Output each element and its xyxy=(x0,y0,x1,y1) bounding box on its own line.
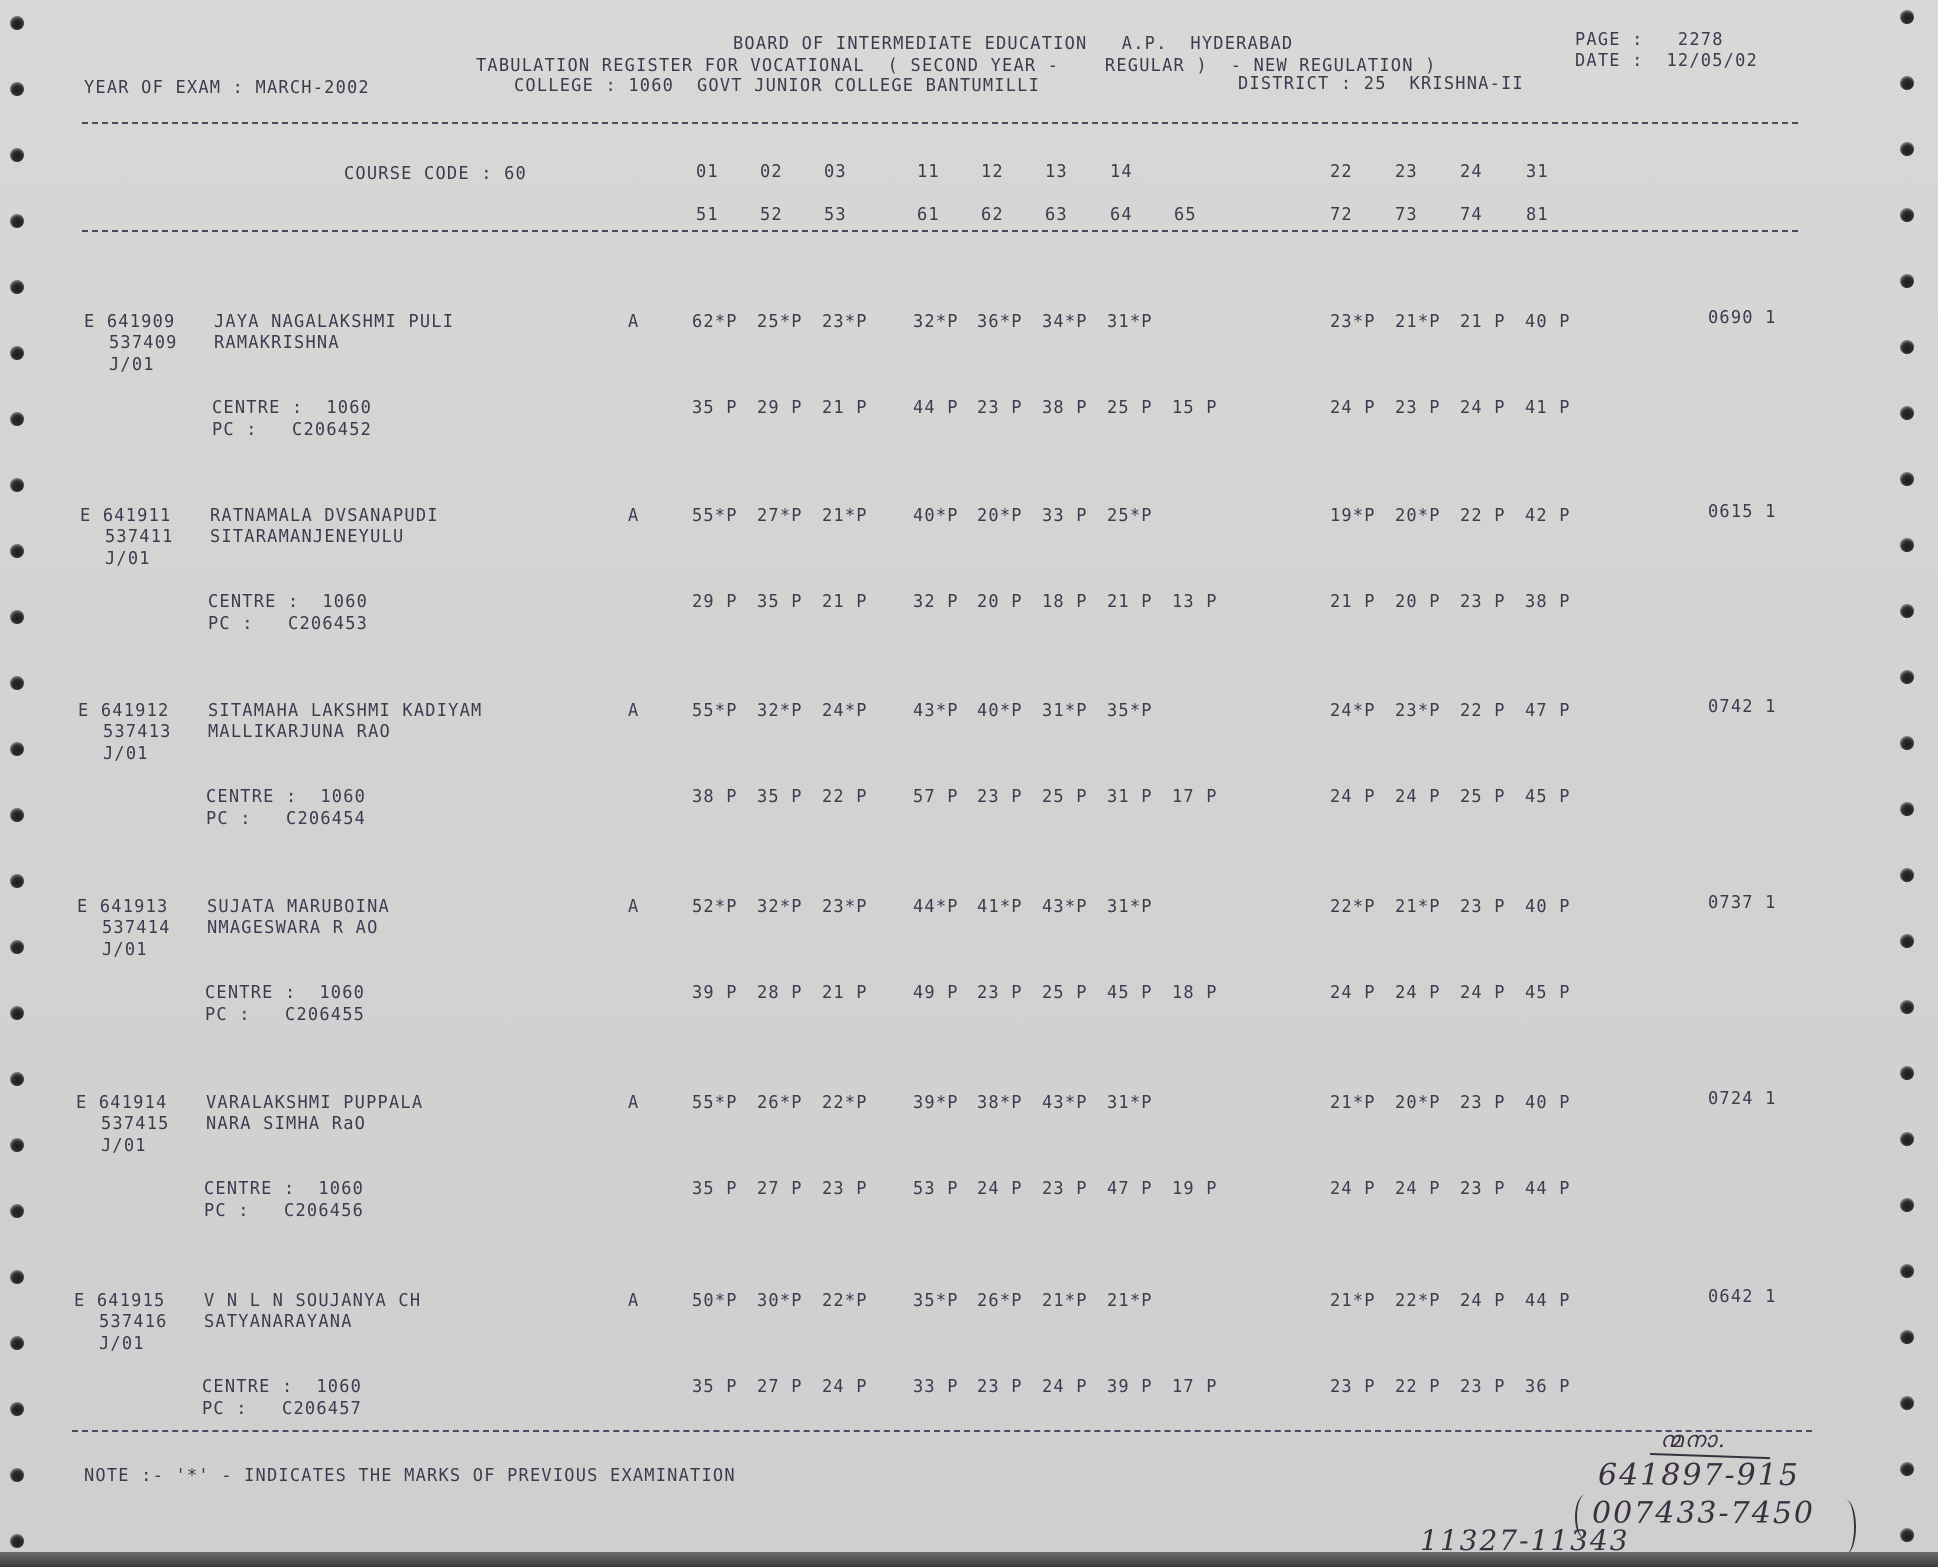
mark-cell: 23*P xyxy=(1395,701,1441,722)
registration-number: E 641911 xyxy=(80,506,171,527)
group-code: J/01 xyxy=(102,940,148,961)
feed-hole-icon xyxy=(10,214,24,228)
divider-header xyxy=(82,230,1798,232)
mark-cell: 36*P xyxy=(977,312,1023,333)
subject-code: 61 xyxy=(917,205,940,226)
mark-cell: 30*P xyxy=(757,1291,803,1312)
mark-cell: 43*P xyxy=(1042,897,1088,918)
feed-hole-icon xyxy=(10,1006,24,1020)
print-date: DATE : 12/05/02 xyxy=(1575,51,1758,72)
subject-code: 81 xyxy=(1526,205,1549,226)
mark-cell: 22*P xyxy=(822,1093,868,1114)
feed-hole-icon xyxy=(10,1336,24,1350)
feed-hole-icon xyxy=(10,148,24,162)
mark-cell: 21*P xyxy=(1330,1093,1376,1114)
mark-cell: 22*P xyxy=(1395,1291,1441,1312)
mark-cell: 53 P xyxy=(913,1179,959,1200)
result-grade: A xyxy=(628,1093,639,1114)
mark-cell: 23*P xyxy=(822,897,868,918)
pc-number: PC : C206455 xyxy=(205,1005,365,1026)
mark-cell: 20*P xyxy=(1395,506,1441,527)
mark-cell: 44 P xyxy=(1525,1179,1571,1200)
feed-hole-icon xyxy=(1900,1066,1914,1080)
mark-cell: 35 P xyxy=(692,1377,738,1398)
feed-hole-icon xyxy=(1900,274,1914,288)
mark-cell: 57 P xyxy=(913,787,959,808)
mark-cell: 23 P xyxy=(1460,1377,1506,1398)
mark-cell: 22 P xyxy=(1460,506,1506,527)
mark-cell: 23 P xyxy=(977,398,1023,419)
subject-code: 24 xyxy=(1460,162,1483,183)
result-grade: A xyxy=(628,312,639,333)
mark-cell: 19 P xyxy=(1172,1179,1218,1200)
centre-code: CENTRE : 1060 xyxy=(212,398,372,419)
father-name: NARA SIMHA RaO xyxy=(206,1114,366,1135)
centre-code: CENTRE : 1060 xyxy=(206,787,366,808)
subject-code: 02 xyxy=(760,162,783,183)
feed-hole-icon xyxy=(10,82,24,96)
mark-cell: 28 P xyxy=(757,983,803,1004)
feed-hole-icon xyxy=(10,610,24,624)
subject-code: 11 xyxy=(917,162,940,183)
mark-cell: 42 P xyxy=(1525,506,1571,527)
student-name: V N L N SOUJANYA CH xyxy=(204,1291,421,1312)
mark-cell: 23 P xyxy=(1460,1093,1506,1114)
mark-cell: 26*P xyxy=(757,1093,803,1114)
pc-number: PC : C206457 xyxy=(202,1399,362,1420)
mark-cell: 24 P xyxy=(1330,983,1376,1004)
mark-cell: 38*P xyxy=(977,1093,1023,1114)
page-number: PAGE : 2278 xyxy=(1575,30,1724,51)
mark-cell: 23 P xyxy=(977,787,1023,808)
mark-cell: 49 P xyxy=(913,983,959,1004)
registration-number: E 641912 xyxy=(78,701,169,722)
mark-cell: 22 P xyxy=(1395,1377,1441,1398)
roll-number: 537411 xyxy=(105,527,174,548)
mark-cell: 24*P xyxy=(1330,701,1376,722)
mark-cell: 45 P xyxy=(1525,787,1571,808)
mark-cell: 24 P xyxy=(1330,398,1376,419)
mark-cell: 31*P xyxy=(1042,701,1088,722)
mark-cell: 23 P xyxy=(822,1179,868,1200)
mark-cell: 20*P xyxy=(1395,1093,1441,1114)
mark-cell: 24 P xyxy=(1395,1179,1441,1200)
registration-number: E 641909 xyxy=(84,312,175,333)
mark-cell: 35*P xyxy=(913,1291,959,1312)
mark-cell: 22 P xyxy=(822,787,868,808)
subject-code: 01 xyxy=(696,162,719,183)
mark-cell: 22*P xyxy=(822,1291,868,1312)
subject-code: 13 xyxy=(1045,162,1068,183)
subject-code: 31 xyxy=(1526,162,1549,183)
tabulation-register-page: BOARD OF INTERMEDIATE EDUCATION A.P. HYD… xyxy=(0,0,1938,1552)
mark-cell: 21*P xyxy=(1107,1291,1153,1312)
mark-cell: 45 P xyxy=(1525,983,1571,1004)
mark-cell: 35 P xyxy=(757,787,803,808)
mark-cell: 39 P xyxy=(1107,1377,1153,1398)
mark-cell: 15 P xyxy=(1172,398,1218,419)
mark-cell: 39 P xyxy=(692,983,738,1004)
mark-cell: 39*P xyxy=(913,1093,959,1114)
mark-cell: 32*P xyxy=(913,312,959,333)
mark-cell: 35*P xyxy=(1107,701,1153,722)
mark-cell: 38 P xyxy=(1042,398,1088,419)
mark-cell: 18 P xyxy=(1042,592,1088,613)
mark-cell: 40*P xyxy=(913,506,959,527)
mark-cell: 21 P xyxy=(1460,312,1506,333)
group-code: J/01 xyxy=(101,1136,147,1157)
feed-hole-icon xyxy=(1900,1528,1914,1542)
group-code: J/01 xyxy=(105,549,151,570)
feed-hole-icon xyxy=(1900,1264,1914,1278)
footer-note: NOTE :- '*' - INDICATES THE MARKS OF PRE… xyxy=(84,1466,736,1487)
mark-cell: 24 P xyxy=(977,1179,1023,1200)
mark-cell: 24*P xyxy=(822,701,868,722)
feed-hole-icon xyxy=(1900,10,1914,24)
subject-code: 64 xyxy=(1110,205,1133,226)
mark-cell: 25*P xyxy=(757,312,803,333)
handwritten-range-1: 641897-915 xyxy=(1598,1458,1800,1493)
pc-number: PC : C206454 xyxy=(206,809,366,830)
result-grade: A xyxy=(628,897,639,918)
mark-cell: 17 P xyxy=(1172,1377,1218,1398)
mark-cell: 25*P xyxy=(1107,506,1153,527)
mark-cell: 40 P xyxy=(1525,897,1571,918)
mark-cell: 36 P xyxy=(1525,1377,1571,1398)
centre-code: CENTRE : 1060 xyxy=(205,983,365,1004)
mark-cell: 32 P xyxy=(913,592,959,613)
father-name: NMAGESWARA R AO xyxy=(207,918,379,939)
feed-hole-icon xyxy=(1900,472,1914,486)
feed-hole-icon xyxy=(1900,76,1914,90)
mark-cell: 34*P xyxy=(1042,312,1088,333)
mark-cell: 24 P xyxy=(822,1377,868,1398)
mark-cell: 17 P xyxy=(1172,787,1218,808)
group-code: J/01 xyxy=(99,1334,145,1355)
mark-cell: 24 P xyxy=(1395,787,1441,808)
subject-code: 72 xyxy=(1330,205,1353,226)
roll-number: 537415 xyxy=(101,1114,170,1135)
mark-cell: 22 P xyxy=(1460,701,1506,722)
student-name: SITAMAHA LAKSHMI KADIYAM xyxy=(208,701,482,722)
subject-code: 14 xyxy=(1110,162,1133,183)
feed-hole-icon xyxy=(10,1534,24,1548)
mark-cell: 24 P xyxy=(1460,1291,1506,1312)
divider-top xyxy=(82,122,1798,124)
mark-cell: 32*P xyxy=(757,701,803,722)
mark-cell: 23*P xyxy=(822,312,868,333)
student-name: JAYA NAGALAKSHMI PULI xyxy=(214,312,454,333)
feed-hole-icon xyxy=(10,346,24,360)
total-marks: 0642 1 xyxy=(1708,1287,1777,1308)
feed-hole-icon xyxy=(10,742,24,756)
roll-number: 537414 xyxy=(102,918,171,939)
mark-cell: 44*P xyxy=(913,897,959,918)
mark-cell: 23*P xyxy=(1330,312,1376,333)
mark-cell: 13 P xyxy=(1172,592,1218,613)
feed-hole-icon xyxy=(10,676,24,690)
mark-cell: 23 P xyxy=(977,983,1023,1004)
divider-bottom xyxy=(72,1430,1812,1432)
feed-hole-icon xyxy=(10,16,24,30)
mark-cell: 26*P xyxy=(977,1291,1023,1312)
mark-cell: 38 P xyxy=(1525,592,1571,613)
mark-cell: 44 P xyxy=(913,398,959,419)
mark-cell: 35 P xyxy=(692,398,738,419)
father-name: SITARAMANJENEYULU xyxy=(210,527,404,548)
mark-cell: 55*P xyxy=(692,701,738,722)
roll-number: 537416 xyxy=(99,1312,168,1333)
mark-cell: 21 P xyxy=(1330,592,1376,613)
result-grade: A xyxy=(628,701,639,722)
subject-code: 23 xyxy=(1395,162,1418,183)
mark-cell: 23 P xyxy=(1460,897,1506,918)
handwritten-signature: ന്മനാ. xyxy=(1660,1428,1727,1453)
mark-cell: 21 P xyxy=(1107,592,1153,613)
total-marks: 0742 1 xyxy=(1708,697,1777,718)
subject-code: 22 xyxy=(1330,162,1353,183)
mark-cell: 19*P xyxy=(1330,506,1376,527)
mark-cell: 52*P xyxy=(692,897,738,918)
mark-cell: 31*P xyxy=(1107,1093,1153,1114)
college-info: COLLEGE : 1060 GOVT JUNIOR COLLEGE BANTU… xyxy=(514,76,1040,97)
mark-cell: 35 P xyxy=(757,592,803,613)
father-name: MALLIKARJUNA RAO xyxy=(208,722,391,743)
mark-cell: 20 P xyxy=(977,592,1023,613)
feed-hole-icon xyxy=(1900,1462,1914,1476)
mark-cell: 41*P xyxy=(977,897,1023,918)
mark-cell: 23 P xyxy=(1042,1179,1088,1200)
mark-cell: 40 P xyxy=(1525,312,1571,333)
mark-cell: 23 P xyxy=(1460,1179,1506,1200)
mark-cell: 31*P xyxy=(1107,312,1153,333)
mark-cell: 20 P xyxy=(1395,592,1441,613)
course-code: COURSE CODE : 60 xyxy=(344,164,527,185)
mark-cell: 25 P xyxy=(1042,787,1088,808)
mark-cell: 24 P xyxy=(1042,1377,1088,1398)
subject-code: 63 xyxy=(1045,205,1068,226)
pc-number: PC : C206456 xyxy=(204,1201,364,1222)
father-name: SATYANARAYANA xyxy=(204,1312,353,1333)
mark-cell: 33 P xyxy=(1042,506,1088,527)
mark-cell: 21*P xyxy=(822,506,868,527)
registration-number: E 641915 xyxy=(74,1291,165,1312)
mark-cell: 44 P xyxy=(1525,1291,1571,1312)
feed-hole-icon xyxy=(10,280,24,294)
mark-cell: 25 P xyxy=(1460,787,1506,808)
total-marks: 0615 1 xyxy=(1708,502,1777,523)
centre-code: CENTRE : 1060 xyxy=(204,1179,364,1200)
mark-cell: 47 P xyxy=(1107,1179,1153,1200)
mark-cell: 24 P xyxy=(1395,983,1441,1004)
mark-cell: 20*P xyxy=(977,506,1023,527)
mark-cell: 21*P xyxy=(1395,897,1441,918)
feed-hole-icon xyxy=(1900,340,1914,354)
mark-cell: 25 P xyxy=(1042,983,1088,1004)
handwritten-right-paren xyxy=(1836,1500,1856,1554)
roll-number: 537409 xyxy=(109,333,178,354)
mark-cell: 24 P xyxy=(1330,1179,1376,1200)
mark-cell: 27 P xyxy=(757,1377,803,1398)
feed-hole-icon xyxy=(1900,604,1914,618)
feed-hole-icon xyxy=(10,1468,24,1482)
feed-hole-icon xyxy=(1900,1198,1914,1212)
district-info: DISTRICT : 25 KRISHNA-II xyxy=(1238,74,1524,95)
subject-code: 51 xyxy=(696,205,719,226)
feed-hole-icon xyxy=(10,874,24,888)
total-marks: 0690 1 xyxy=(1708,308,1777,329)
feed-hole-icon xyxy=(10,412,24,426)
total-marks: 0737 1 xyxy=(1708,893,1777,914)
feed-hole-icon xyxy=(1900,670,1914,684)
mark-cell: 31*P xyxy=(1107,897,1153,918)
group-code: J/01 xyxy=(109,355,155,376)
mark-cell: 24 P xyxy=(1460,398,1506,419)
mark-cell: 21*P xyxy=(1395,312,1441,333)
mark-cell: 40*P xyxy=(977,701,1023,722)
feed-hole-icon xyxy=(10,1072,24,1086)
feed-hole-icon xyxy=(1900,208,1914,222)
subject-code: 53 xyxy=(824,205,847,226)
feed-hole-icon xyxy=(1900,538,1914,552)
feed-hole-icon xyxy=(10,478,24,492)
mark-cell: 21 P xyxy=(822,592,868,613)
subject-code: 74 xyxy=(1460,205,1483,226)
feed-hole-icon xyxy=(1900,1396,1914,1410)
result-grade: A xyxy=(628,506,639,527)
feed-hole-icon xyxy=(10,1270,24,1284)
father-name: RAMAKRISHNA xyxy=(214,333,340,354)
subject-code: 52 xyxy=(760,205,783,226)
feed-hole-icon xyxy=(1900,1132,1914,1146)
feed-hole-icon xyxy=(1900,736,1914,750)
subject-code: 03 xyxy=(824,162,847,183)
mark-cell: 35 P xyxy=(692,1179,738,1200)
feed-hole-icon xyxy=(10,940,24,954)
mark-cell: 21 P xyxy=(822,983,868,1004)
subject-code: 12 xyxy=(981,162,1004,183)
year-of-exam: YEAR OF EXAM : MARCH-2002 xyxy=(84,78,370,99)
mark-cell: 22*P xyxy=(1330,897,1376,918)
feed-hole-icon xyxy=(10,1204,24,1218)
pc-number: PC : C206453 xyxy=(208,614,368,635)
feed-hole-icon xyxy=(10,808,24,822)
mark-cell: 55*P xyxy=(692,1093,738,1114)
mark-cell: 50*P xyxy=(692,1291,738,1312)
mark-cell: 25 P xyxy=(1107,398,1153,419)
desk-edge xyxy=(0,1552,1938,1567)
feed-hole-icon xyxy=(1900,934,1914,948)
centre-code: CENTRE : 1060 xyxy=(202,1377,362,1398)
mark-cell: 27*P xyxy=(757,506,803,527)
roll-number: 537413 xyxy=(103,722,172,743)
feed-hole-icon xyxy=(1900,868,1914,882)
student-name: SUJATA MARUBOINA xyxy=(207,897,390,918)
mark-cell: 27 P xyxy=(757,1179,803,1200)
feed-hole-icon xyxy=(10,544,24,558)
mark-cell: 33 P xyxy=(913,1377,959,1398)
feed-hole-icon xyxy=(10,1402,24,1416)
mark-cell: 32*P xyxy=(757,897,803,918)
mark-cell: 18 P xyxy=(1172,983,1218,1004)
mark-cell: 29 P xyxy=(692,592,738,613)
mark-cell: 41 P xyxy=(1525,398,1571,419)
mark-cell: 43*P xyxy=(1042,1093,1088,1114)
mark-cell: 62*P xyxy=(692,312,738,333)
mark-cell: 24 P xyxy=(1460,983,1506,1004)
subject-code: 73 xyxy=(1395,205,1418,226)
mark-cell: 21 P xyxy=(822,398,868,419)
feed-hole-icon xyxy=(1900,406,1914,420)
mark-cell: 24 P xyxy=(1330,787,1376,808)
feed-hole-icon xyxy=(10,1138,24,1152)
feed-hole-icon xyxy=(1900,802,1914,816)
mark-cell: 43*P xyxy=(913,701,959,722)
subject-code: 65 xyxy=(1174,205,1197,226)
registration-number: E 641913 xyxy=(77,897,168,918)
mark-cell: 23 P xyxy=(1460,592,1506,613)
student-name: VARALAKSHMI PUPPALA xyxy=(206,1093,423,1114)
group-code: J/01 xyxy=(103,744,149,765)
mark-cell: 29 P xyxy=(757,398,803,419)
mark-cell: 40 P xyxy=(1525,1093,1571,1114)
mark-cell: 47 P xyxy=(1525,701,1571,722)
feed-hole-icon xyxy=(1900,1330,1914,1344)
mark-cell: 21*P xyxy=(1330,1291,1376,1312)
feed-hole-icon xyxy=(1900,1000,1914,1014)
student-name: RATNAMALA DVSANAPUDI xyxy=(210,506,439,527)
mark-cell: 23 P xyxy=(977,1377,1023,1398)
pc-number: PC : C206452 xyxy=(212,420,372,441)
registration-number: E 641914 xyxy=(76,1093,167,1114)
centre-code: CENTRE : 1060 xyxy=(208,592,368,613)
mark-cell: 21*P xyxy=(1042,1291,1088,1312)
mark-cell: 55*P xyxy=(692,506,738,527)
board-title: BOARD OF INTERMEDIATE EDUCATION A.P. HYD… xyxy=(733,34,1293,55)
mark-cell: 45 P xyxy=(1107,983,1153,1004)
feed-hole-icon xyxy=(1900,142,1914,156)
result-grade: A xyxy=(628,1291,639,1312)
mark-cell: 23 P xyxy=(1330,1377,1376,1398)
mark-cell: 38 P xyxy=(692,787,738,808)
subject-code: 62 xyxy=(981,205,1004,226)
mark-cell: 23 P xyxy=(1395,398,1441,419)
mark-cell: 31 P xyxy=(1107,787,1153,808)
total-marks: 0724 1 xyxy=(1708,1089,1777,1110)
